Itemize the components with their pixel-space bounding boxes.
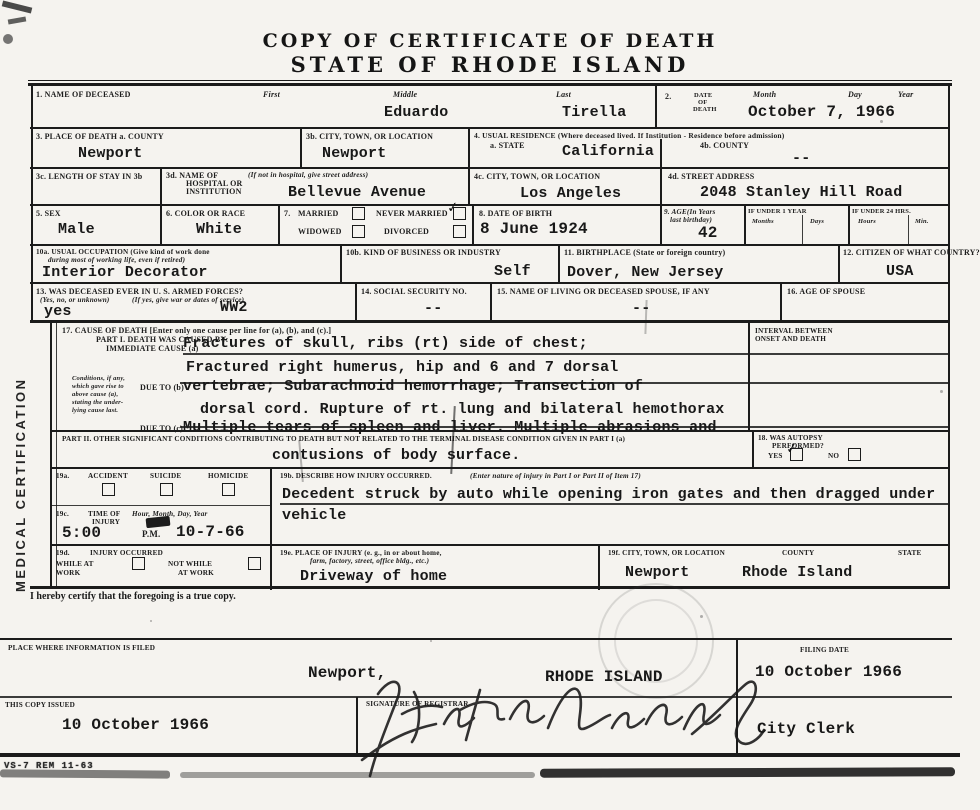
field17-label: 17. CAUSE OF DEATH [Enter only one cause… xyxy=(62,326,331,335)
clerk-title-value: City Clerk xyxy=(757,720,855,738)
corner-smudge xyxy=(3,34,13,44)
never-married-check-mark: ✓ xyxy=(446,199,460,216)
rule-line xyxy=(180,426,950,428)
homicide-label: HOMICIDE xyxy=(208,472,248,480)
suicide-label: SUICIDE xyxy=(150,472,181,480)
field4a-state-label: a. STATE xyxy=(490,141,525,150)
cell-divider xyxy=(160,169,162,205)
under-24-hrs-label: IF UNDER 24 HRS. xyxy=(852,208,911,215)
while-at-work-checkbox xyxy=(132,557,145,570)
scan-smudge xyxy=(0,769,170,778)
work-label: WORK xyxy=(56,569,80,577)
accident-checkbox xyxy=(102,483,115,496)
divorced-label: DIVORCED xyxy=(384,227,429,236)
am-scribble xyxy=(146,516,171,528)
field3d-note: (If not in hospital, give street address… xyxy=(248,171,368,179)
row-divider xyxy=(50,505,272,506)
field1-first-sublabel: First xyxy=(263,90,280,99)
injury-date-value: 10-7-66 xyxy=(176,523,245,541)
injury-occurred-label: INJURY OCCURRED xyxy=(90,549,163,557)
field12-label: 12. CITIZEN OF WHAT COUNTRY? xyxy=(843,248,980,257)
race-value: White xyxy=(196,221,242,238)
ssn-value: -- xyxy=(424,300,442,317)
certify-statement: I hereby certify that the foregoing is a… xyxy=(30,591,236,602)
decedent-first-name: Eduardo xyxy=(384,104,448,121)
corner-smudge xyxy=(8,16,27,24)
at-work-label: AT WORK xyxy=(178,569,214,577)
injury-county-value: Rhode Island xyxy=(742,564,852,581)
injury-state-label: STATE xyxy=(898,549,922,557)
cell-divider xyxy=(660,206,662,245)
corner-smudge xyxy=(2,0,33,13)
rule-line xyxy=(180,382,950,384)
noise-speck xyxy=(940,390,943,393)
hospital-value: Bellevue Avenue xyxy=(288,184,426,201)
suicide-checkbox xyxy=(160,483,173,496)
industry-value: Self xyxy=(494,263,531,280)
homicide-checkbox xyxy=(222,483,235,496)
field3d-label-3: INSTITUTION xyxy=(186,187,242,196)
noise-speck xyxy=(700,615,703,618)
section-divider xyxy=(30,320,950,323)
war-service-value: WW2 xyxy=(220,299,248,316)
cause-line-a1: Fractures of skull, ribs (rt) side of ch… xyxy=(183,335,588,352)
place-of-injury-value: Driveway of home xyxy=(300,568,447,585)
cell-divider xyxy=(340,245,342,283)
autopsy-no-label: NO xyxy=(828,452,839,460)
min-sublabel: Min. xyxy=(915,218,929,225)
cell-divider xyxy=(270,468,272,545)
cell-divider xyxy=(780,283,782,322)
cell-divider xyxy=(472,206,474,245)
filing-date-label: FILING DATE xyxy=(800,646,849,654)
conditions-note-3: above cause (a), xyxy=(72,391,118,398)
field19f-label: 19f. CITY, TOWN, OR LOCATION xyxy=(608,549,725,557)
death-city-value: Newport xyxy=(322,145,386,162)
field19e-label-1: 19e. PLACE OF INJURY (e. g., in or about… xyxy=(280,549,442,557)
page-subtitle: STATE OF RHODE ISLAND xyxy=(0,52,980,77)
cell-divider xyxy=(908,215,909,245)
row-divider xyxy=(50,467,950,469)
filing-date-value: 10 October 1966 xyxy=(755,663,902,681)
injury-description-line2: vehicle xyxy=(282,507,346,524)
field14-label: 14. SOCIAL SECURITY NO. xyxy=(361,287,467,296)
cell-divider xyxy=(300,128,302,168)
conditions-note-5: lying cause last. xyxy=(72,407,118,414)
time-of-injury-sublabel: Hour, Month, Day, Year xyxy=(132,510,208,518)
autopsy-yes-label: YES xyxy=(768,452,783,460)
field10a-label-1: 10a. USUAL OCCUPATION (Give kind of work… xyxy=(36,248,210,256)
noise-speck xyxy=(880,120,883,123)
frame-line xyxy=(31,83,33,323)
hours-sublabel: Hours xyxy=(858,218,876,225)
field16-label: 16. AGE OF SPOUSE xyxy=(787,287,865,296)
field2-label-2: OF xyxy=(698,99,707,106)
autopsy-yes-check-mark: ✓ xyxy=(785,440,799,457)
field11-label: 11. BIRTHPLACE (State or foreign country… xyxy=(564,248,725,257)
residence-state-value: California xyxy=(562,143,654,160)
married-label: MARRIED xyxy=(298,209,339,218)
married-checkbox xyxy=(352,207,365,220)
field8-label: 8. DATE OF BIRTH xyxy=(479,209,552,218)
noise-speck xyxy=(430,640,432,642)
field2-number: 2. xyxy=(665,92,671,101)
row-divider xyxy=(30,167,950,169)
accident-label: ACCIDENT xyxy=(88,472,128,480)
widowed-checkbox xyxy=(352,225,365,238)
copy-issued-label: THIS COPY ISSUED xyxy=(5,701,75,709)
due-to-b-label: DUE TO (b) xyxy=(140,383,184,392)
field19c-number: 19c. xyxy=(56,510,69,518)
injury-county-label: COUNTY xyxy=(782,549,814,557)
cause-line-b2: dorsal cord. Rupture of rt. lung and bil… xyxy=(200,401,724,418)
field19e-label-2: farm, factory, street, office bldg., etc… xyxy=(310,557,429,565)
field2-day-sublabel: Day xyxy=(848,90,862,99)
scan-smudge xyxy=(540,767,955,777)
field9-label-1: 9. AGE(In Years xyxy=(664,208,716,216)
conditions-note-4: stating the under- xyxy=(72,399,123,406)
field10b-label: 10b. KIND OF BUSINESS OR INDUSTRY xyxy=(346,248,501,257)
place-filed-label: PLACE WHERE INFORMATION IS FILED xyxy=(8,644,155,652)
cell-divider xyxy=(278,206,280,245)
field2-label-3: DEATH xyxy=(693,106,717,113)
while-at-label: WHILE AT xyxy=(56,560,94,568)
row-divider xyxy=(30,204,950,206)
field5-label: 5. SEX xyxy=(36,209,61,218)
days-sublabel: Days xyxy=(810,218,824,225)
field7-number: 7. xyxy=(284,209,290,218)
frame-line xyxy=(28,80,952,81)
conditions-note-2: which gave rise to xyxy=(72,383,124,390)
date-of-birth-value: 8 June 1924 xyxy=(480,220,588,238)
street-address-value: 2048 Stanley Hill Road xyxy=(700,184,902,201)
due-to-c-label: DUE TO (c) xyxy=(140,424,183,433)
sex-value: Male xyxy=(58,221,95,238)
field3b-label: 3b. CITY, TOWN, OR LOCATION xyxy=(306,132,433,141)
cell-divider xyxy=(355,283,357,322)
medical-certification-side-label: MEDICAL CERTIFICATION xyxy=(13,377,28,592)
field19b-note: (Enter nature of injury in Part I or Par… xyxy=(470,472,641,480)
field4-label: 4. USUAL RESIDENCE (Where deceased lived… xyxy=(474,131,784,140)
field4c-label: 4c. CITY, TOWN, OR LOCATION xyxy=(474,172,600,181)
field1-last-sublabel: Last xyxy=(556,90,571,99)
row-divider xyxy=(50,430,950,432)
cause-line-b1: vertebrae; Subarachnoid hemorrhage; Tran… xyxy=(183,378,643,395)
field15-label: 15. NAME OF LIVING OR DECEASED SPOUSE, I… xyxy=(497,287,710,296)
frame-line xyxy=(948,83,950,589)
cell-divider xyxy=(490,283,492,322)
injury-city-value: Newport xyxy=(625,564,689,581)
not-while-label: NOT WHILE xyxy=(168,560,212,568)
birthplace-value: Dover, New Jersey xyxy=(567,264,723,281)
noise-speck xyxy=(520,70,522,72)
cell-divider xyxy=(598,545,600,590)
cell-divider xyxy=(848,206,850,245)
armed-forces-value: yes xyxy=(44,303,72,320)
cell-divider xyxy=(270,545,272,590)
field4d-label: 4d. STREET ADDRESS xyxy=(668,172,754,181)
never-married-label: NEVER MARRIED xyxy=(376,209,448,218)
field19a-number: 19a. xyxy=(56,472,69,480)
stray-stroke xyxy=(644,300,647,334)
cell-divider xyxy=(752,430,754,468)
frame-line xyxy=(28,83,952,86)
scan-smudge xyxy=(180,772,535,778)
field6-label: 6. COLOR OR RACE xyxy=(166,209,245,218)
injury-time-value: 5:00 xyxy=(62,524,101,542)
field10a-label-2: during most of working life, even if ret… xyxy=(48,256,185,264)
part2-label: PART II. OTHER SIGNIFICANT CONDITIONS CO… xyxy=(62,435,625,443)
cell-divider xyxy=(468,169,470,205)
field3c-label: 3c. LENGTH OF STAY IN 3b xyxy=(36,172,142,181)
residence-city-value: Los Angeles xyxy=(520,185,621,202)
field3-label: 3. PLACE OF DEATH a. COUNTY xyxy=(36,132,164,141)
field9-label-2: last birthday) xyxy=(670,216,712,224)
conditions-note-1: Conditions, if any, xyxy=(72,375,125,382)
field2-month-sublabel: Month xyxy=(753,90,776,99)
frame-line xyxy=(50,322,52,589)
date-of-death-value: October 7, 1966 xyxy=(748,103,895,121)
field13-label: 13. WAS DECEASED EVER IN U. S. ARMED FOR… xyxy=(36,287,243,296)
rule-line xyxy=(183,353,950,355)
spouse-value: -- xyxy=(632,300,650,317)
occupation-value: Interior Decorator xyxy=(42,264,208,281)
cause-line-a2: Fractured right humerus, hip and 6 and 7… xyxy=(186,359,618,376)
divorced-checkbox xyxy=(453,225,466,238)
months-sublabel: Months xyxy=(752,218,774,225)
section-divider xyxy=(30,586,950,589)
cell-divider xyxy=(660,139,662,168)
field19d-number: 19d. xyxy=(56,549,70,557)
cell-divider xyxy=(468,128,470,168)
noise-speck xyxy=(150,620,152,622)
page-title: COPY OF CERTIFICATE OF DEATH xyxy=(0,30,980,52)
cell-divider xyxy=(655,83,657,128)
field1-middle-sublabel: Middle xyxy=(393,90,417,99)
interval-label-1: INTERVAL BETWEEN xyxy=(755,327,833,335)
not-while-at-work-checkbox xyxy=(248,557,261,570)
part2-value: contusions of body surface. xyxy=(272,447,520,464)
cause-line-c1: Multiple tears of spleen and liver. Mult… xyxy=(183,419,717,436)
row-divider xyxy=(30,127,950,129)
field4b-label: 4b. COUNTY xyxy=(700,141,749,150)
time-of-injury-label-1: TIME OF xyxy=(88,510,120,518)
registrar-signature xyxy=(340,672,770,782)
death-county-value: Newport xyxy=(78,145,142,162)
cell-divider xyxy=(838,245,840,283)
age-value: 42 xyxy=(698,224,718,242)
widowed-label: WIDOWED xyxy=(298,227,342,236)
autopsy-no-checkbox xyxy=(848,448,861,461)
under-1-year-label: IF UNDER 1 YEAR xyxy=(748,208,807,215)
pm-label: P.M. xyxy=(142,529,160,539)
cell-divider xyxy=(660,169,662,205)
field1-label: 1. NAME OF DECEASED xyxy=(36,90,131,99)
row-divider xyxy=(0,638,952,640)
cell-divider xyxy=(744,206,746,245)
injury-description-line1: Decedent struck by auto while opening ir… xyxy=(282,486,935,503)
cell-divider xyxy=(160,206,162,245)
residence-county-value: -- xyxy=(792,150,810,167)
citizenship-value: USA xyxy=(886,263,914,280)
field2-label-1: DATE xyxy=(694,92,712,99)
cell-divider xyxy=(558,245,560,283)
frame-line xyxy=(0,753,960,757)
rule-line xyxy=(280,503,950,505)
copy-issued-value: 10 October 1966 xyxy=(62,716,209,734)
row-divider xyxy=(30,244,950,246)
decedent-last-name: Tirella xyxy=(562,104,626,121)
interval-label-2: ONSET AND DEATH xyxy=(755,335,826,343)
field2-year-sublabel: Year xyxy=(898,90,913,99)
cell-divider xyxy=(748,322,750,430)
cell-divider xyxy=(802,215,803,245)
row-divider xyxy=(50,544,950,546)
